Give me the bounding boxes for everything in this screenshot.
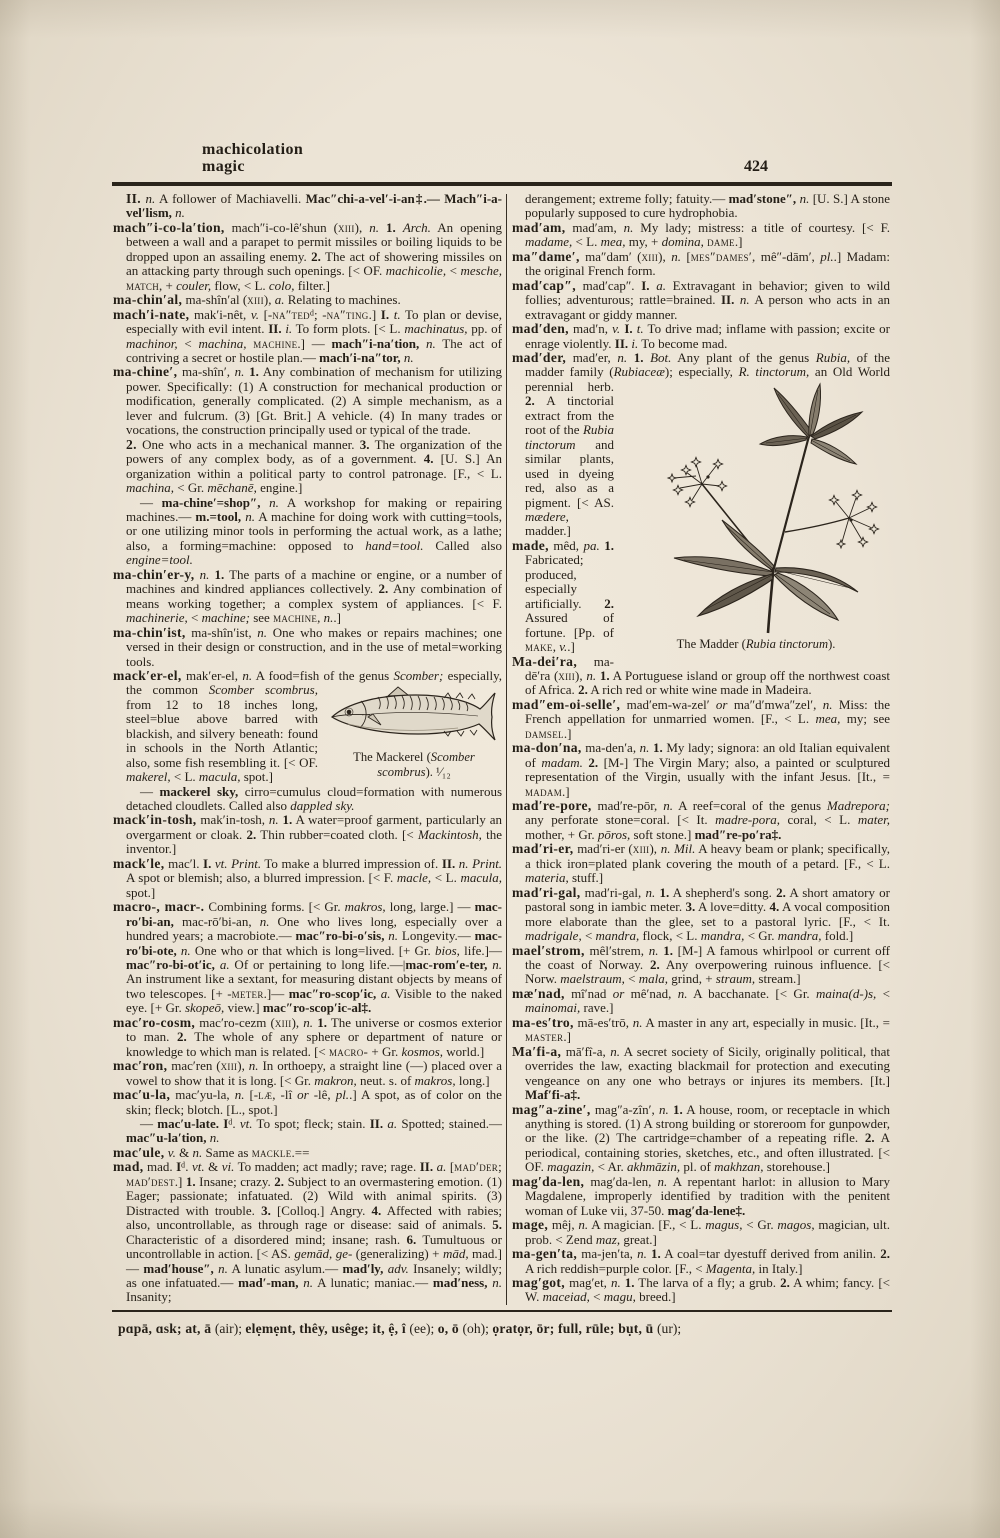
text-segment: Longevity.— xyxy=(398,928,475,943)
entry-maestro: ma-es′tro, mā-es′trō, n. A master in any… xyxy=(512,1016,890,1045)
text-segment: ge- xyxy=(336,1246,353,1261)
madder-illustration xyxy=(622,382,890,634)
text-segment: — xyxy=(140,784,159,799)
entry-machinate: mach′i-nate, mak′i-nêt, v. [-na″tedᵈ; -n… xyxy=(113,308,502,366)
text-segment: mad′cap″. xyxy=(576,278,641,293)
entry-madrier: mad′ri-er, mad′ri-er (xiii), n. Mil. A h… xyxy=(512,842,890,885)
text-segment: Rubia, xyxy=(816,350,850,365)
text-segment: 4. xyxy=(372,1203,382,1218)
text-segment: mag″a-zine′, xyxy=(512,1102,591,1117)
text-segment: spot.] xyxy=(126,885,155,900)
text-segment: n. xyxy=(235,1087,245,1102)
text-segment: n. xyxy=(388,928,398,943)
text-segment: v. xyxy=(168,1145,176,1160)
text-segment: — xyxy=(539,1304,555,1305)
text-segment: A bacchanate. [< Gr. xyxy=(687,986,816,1001)
text-segment: coral, < L. xyxy=(780,812,858,827)
text-segment: n. xyxy=(657,1174,667,1189)
text-columns: II. n. A follower of Machiavelli. Mac″ch… xyxy=(113,192,890,1305)
text-segment: n. xyxy=(218,1261,228,1276)
text-segment: damsel xyxy=(525,726,564,741)
text-segment: mā-es′trō, xyxy=(574,1015,633,1030)
text-segment: Mil. xyxy=(674,841,695,856)
text-segment: n. xyxy=(659,1102,669,1117)
text-segment: n. xyxy=(624,220,634,235)
text-segment: mater, xyxy=(858,812,890,827)
text-segment: machine xyxy=(273,610,317,625)
text-segment: in Italy.] xyxy=(755,1261,802,1276)
text-segment: I. xyxy=(641,278,649,293)
text-segment: n. xyxy=(611,1275,621,1290)
text-segment: (ee); xyxy=(409,1321,437,1336)
text-segment: mad′stone″, xyxy=(729,192,797,206)
text-segment: mac′ro-cezm ( xyxy=(195,1015,275,1030)
text-segment: Print. xyxy=(231,856,261,871)
text-segment: a. xyxy=(275,292,285,307)
text-segment xyxy=(260,495,269,510)
text-segment: .== xyxy=(292,1145,310,1160)
text-segment: Scomber; xyxy=(394,668,444,683)
text-segment: long, large.] — xyxy=(386,899,475,914)
text-segment: .] xyxy=(567,639,575,654)
text-segment: < Gr. xyxy=(174,480,207,495)
text-segment: t. xyxy=(637,321,644,336)
text-segment: ma-chine′, xyxy=(113,364,177,379)
text-segment: A magician. [F., < L. xyxy=(588,1217,705,1232)
text-segment: .] xyxy=(175,1174,186,1189)
text-segment: a. xyxy=(656,278,666,293)
text-segment: makros, xyxy=(345,899,386,914)
text-segment: < L. xyxy=(572,234,600,249)
text-segment: Maf′fi-a‡. xyxy=(525,1087,580,1102)
text-segment: n. xyxy=(492,1275,502,1290)
text-segment: pɑpā, ɑsk; at, ā xyxy=(118,1321,215,1336)
text-segment: stream.] xyxy=(755,971,800,986)
text-segment: mēchanē, xyxy=(207,480,256,495)
text-segment: mak′i-nêt, xyxy=(189,307,251,322)
text-segment: & xyxy=(205,1159,222,1174)
text-segment: mesche, xyxy=(460,263,502,278)
entry-madonna: ma-don′na, ma-den′a, n. 1. My lady; sign… xyxy=(512,741,890,799)
text-segment: 2. xyxy=(246,827,256,842)
text-segment: a. xyxy=(437,1159,447,1174)
text-segment: adv. xyxy=(388,1261,409,1276)
text-segment: 2. xyxy=(126,437,137,452)
text-segment: makhzan, xyxy=(714,1159,763,1174)
text-segment: vt. xyxy=(192,1159,205,1174)
entry-madder: mad′der, mad′er, n. 1. Bot. Any plant of… xyxy=(512,351,890,539)
entry-mage: mage, mêj, n. A magician. [F., < L. magu… xyxy=(512,1218,890,1247)
text-segment: mac″ro-scop′ic-al‡. xyxy=(263,1000,371,1015)
text-segment: see xyxy=(250,610,273,625)
text-segment: Rubia tinctorum xyxy=(746,637,828,651)
text-segment: mad′der, xyxy=(512,350,566,365)
text-segment: < xyxy=(446,263,460,278)
text-segment: or xyxy=(613,986,625,1001)
text-segment: macula, xyxy=(460,870,502,885)
text-segment: mād, xyxy=(443,1246,469,1261)
text-segment: pa. xyxy=(584,538,600,553)
text-segment: A shepherd's song. xyxy=(669,885,776,900)
text-segment: ma″d′mwa″zel′, xyxy=(727,697,822,712)
text-segment: mac″ro-bi-ot′ic, xyxy=(126,957,215,972)
text-segment: To madden; act madly; rave; rage. xyxy=(234,1159,419,1174)
text-segment: mad′am, xyxy=(512,220,565,235)
text-segment: < Gr. xyxy=(744,928,777,943)
text-segment: makerel, xyxy=(126,769,171,784)
text-segment: n. xyxy=(586,668,596,683)
text-segment: macula, xyxy=(199,769,241,784)
text-segment: , -lî xyxy=(272,1087,297,1102)
left-column: II. n. A follower of Machiavelli. Mac″ch… xyxy=(113,192,502,1305)
text-segment: 1. xyxy=(625,1275,635,1290)
text-segment: ), xyxy=(658,249,671,264)
text-segment: [ xyxy=(446,1159,454,1174)
text-segment: 1. xyxy=(386,220,396,235)
text-segment: gemād, xyxy=(294,1246,332,1261)
text-segment: soft stone.] xyxy=(630,827,694,842)
text-segment: 1. xyxy=(214,567,224,582)
text-segment: mandra, xyxy=(596,928,640,943)
text-segment: n. xyxy=(269,812,279,827)
text-segment: machicolie, xyxy=(386,263,446,278)
text-segment: < xyxy=(582,928,596,943)
text-segment: 2. xyxy=(588,755,598,770)
text-segment: ᵈ; - xyxy=(310,307,327,322)
text-segment: Combining forms. [< Gr. xyxy=(204,899,344,914)
text-segment: n. xyxy=(633,1015,643,1030)
text-segment: filter.] xyxy=(295,278,330,293)
text-segment: n. xyxy=(303,1015,313,1030)
text-segment: ma-den′a, xyxy=(582,740,640,755)
text-segment: master xyxy=(525,1029,563,1044)
text-segment: colo, xyxy=(269,278,295,293)
entry-machiavellian-cont: II. n. A follower of Machiavelli. Mac″ch… xyxy=(113,192,502,221)
text-segment: n. xyxy=(210,1130,220,1145)
text-segment: n. xyxy=(303,1275,313,1290)
text-segment: match xyxy=(126,278,159,293)
text-segment: ọratọr, ōr; full, rūle; bụt, ū xyxy=(492,1321,657,1336)
entry-mackerel: mack′er-el, mak′er-el, n. A food=fish of… xyxy=(113,669,502,785)
text-segment: mack′in-tosh, xyxy=(113,812,197,827)
text-segment: machina, xyxy=(198,336,246,351)
text-segment: mad′am, xyxy=(565,220,623,235)
text-segment: n. xyxy=(260,914,270,929)
text-segment: mad. xyxy=(143,1159,176,1174)
entry-macula: mac′u-la, mac′yu-la, n. [-læ, -lî or -lê… xyxy=(113,1088,502,1117)
text-segment: machine; xyxy=(202,610,250,625)
text-segment: pl. xyxy=(820,249,833,264)
text-segment: mad″re-po′ra‡. xyxy=(695,827,782,842)
text-segment: One who acts in a mechanical manner. xyxy=(137,437,360,452)
text-segment: engine=tool. xyxy=(126,552,193,567)
text-segment: xiii xyxy=(247,292,264,307)
text-segment: Mackintosh, xyxy=(418,827,482,842)
text-segment: < L. xyxy=(171,769,199,784)
text-segment: 2. xyxy=(880,1246,890,1261)
text-segment: < Ar. xyxy=(594,1159,627,1174)
text-segment: One who or that which is long=lived. [+ … xyxy=(191,943,435,958)
text-segment: skopeō, xyxy=(185,1000,224,1015)
text-segment: long.] xyxy=(456,1073,490,1088)
text-segment: < L. xyxy=(431,870,460,885)
text-segment: Characteristic of a disordered mind; ins… xyxy=(126,1232,406,1247)
text-segment: mandra, xyxy=(778,928,822,943)
text-segment: læ xyxy=(258,1087,272,1102)
text-segment: mac′ro-cosm, xyxy=(113,1015,195,1030)
text-segment: a. xyxy=(220,957,230,972)
text-segment: .] xyxy=(564,726,572,741)
entry-mad: mad, mad. Iᵈ. vt. & vi. To madden; act m… xyxy=(113,1160,502,1305)
text-segment: R. tinctorum, xyxy=(739,364,810,379)
text-segment: 4. xyxy=(770,899,780,914)
text-segment: mad′n, xyxy=(569,321,612,336)
text-segment: 2. xyxy=(604,596,614,611)
text-segment: mage, xyxy=(512,1217,548,1232)
text-segment: Of or pertaining to long life.—| xyxy=(230,957,406,972)
text-segment: makros, xyxy=(415,1073,456,1088)
entry-macro: macro-, macr-. Combining forms. [< Gr. m… xyxy=(113,900,502,1016)
text-segment: 1. xyxy=(186,1174,196,1189)
text-segment: a. xyxy=(617,1304,627,1305)
text-segment: n. xyxy=(200,567,210,582)
text-segment: hand=tool. xyxy=(365,538,423,553)
text-segment: neut. s. of xyxy=(357,1073,415,1088)
text-segment: n. xyxy=(492,957,502,972)
header-rule xyxy=(112,182,892,186)
text-segment: macro-, macr-. xyxy=(113,899,204,914)
text-segment: Spotted; stained.— xyxy=(397,1116,502,1131)
text-segment: n. xyxy=(245,509,255,524)
text-segment: madrigale, xyxy=(525,928,582,943)
text-segment: v. xyxy=(251,307,259,322)
text-segment: A rich red or white wine made in Madeira… xyxy=(588,682,812,697)
text-segment: ). xyxy=(828,637,835,651)
text-segment: .]— xyxy=(264,986,289,1001)
text-segment: 3. xyxy=(686,899,696,914)
text-segment: A love=ditty. xyxy=(695,899,769,914)
text-segment: mac″ro-bi-o′sis, xyxy=(296,928,385,943)
text-segment: grind, + xyxy=(668,971,716,986)
text-segment: o, ō xyxy=(438,1321,463,1336)
text-segment: ), xyxy=(575,668,586,683)
text-segment: 2. xyxy=(177,1029,187,1044)
text-segment: A master in any art, especially in music… xyxy=(642,1015,890,1030)
text-segment xyxy=(379,220,386,235)
sub-mackerel-sky: — mackerel sky, cirro=cumulus cloud=form… xyxy=(113,785,502,814)
text-segment: n. xyxy=(426,336,436,351)
text-segment: 1. xyxy=(651,1246,661,1261)
text-segment: macro- xyxy=(329,1044,368,1059)
text-segment: Print. xyxy=(472,856,502,871)
text-segment: machina, xyxy=(126,480,174,495)
entry-machicolation: mach″i-co-la′tion, mach″i-co-lê′shun (xi… xyxy=(113,221,502,293)
text-segment: < xyxy=(590,1289,604,1304)
text-segment: mac″u-la′tion, xyxy=(126,1130,207,1145)
text-segment: mêl′strem, xyxy=(585,943,649,958)
text-segment: II. xyxy=(268,321,281,336)
dictionary-page: machicolation magic 424 II. n. A followe… xyxy=(0,0,1000,1538)
text-segment: 2. xyxy=(776,885,786,900)
text-segment: mad′-man, xyxy=(238,1275,298,1290)
text-segment: m.=tool, xyxy=(195,509,241,524)
text-segment: .] xyxy=(369,307,381,322)
text-segment: a. xyxy=(381,986,391,1001)
entry-machinal: ma-chin′al, ma-shîn′al (xiii), a. Relati… xyxy=(113,293,502,307)
text-segment: my; see xyxy=(840,711,890,726)
text-segment: mac′u-late. xyxy=(157,1116,219,1131)
entry-madden: mad′den, mad′n, v. I. t. To drive mad; i… xyxy=(512,322,890,351)
text-segment: mā′fî-a, xyxy=(561,1044,610,1059)
text-segment: mê′nad, xyxy=(624,986,677,1001)
text-segment: .] xyxy=(563,1029,571,1044)
text-segment: mad″em-oi-selle′, xyxy=(512,697,620,712)
entry-machinist: ma-chin′ist, ma-shîn′ist, n. One who mak… xyxy=(113,626,502,669)
text-segment: xiii xyxy=(221,1058,238,1073)
text-segment xyxy=(396,220,403,235)
entry-madame: ma″dame′, ma″dam′ (xiii), n. [mes″dames′… xyxy=(512,250,890,279)
text-segment: n. xyxy=(249,1058,259,1073)
text-segment: 2. xyxy=(274,1174,284,1189)
text-segment: mag′da-lene‡. xyxy=(668,1203,746,1218)
text-segment: ). ¹⁄₁₂ xyxy=(426,765,451,779)
text-segment: II. xyxy=(615,336,628,351)
text-segment: n. xyxy=(578,1217,588,1232)
entry-mackintosh: mack′in-tosh, mak′in-tosh, n. 1. A water… xyxy=(113,813,502,856)
text-segment: , mê″-dām′, xyxy=(752,249,820,264)
text-segment: xiii xyxy=(275,1015,292,1030)
text-segment: < Gr. xyxy=(742,1217,777,1232)
entry-maelstrom: mael′strom, mêl′strem, n. 1. [M-] A famo… xyxy=(512,944,890,987)
text-segment: flock, < L. xyxy=(639,928,700,943)
text-segment: II. xyxy=(721,292,734,307)
text-segment: engine.] xyxy=(257,480,302,495)
entry-mackle: mack′le, mac′l. I. vt. Print. To make a … xyxy=(113,857,502,900)
text-segment: mac-rom′e-ter, xyxy=(405,957,487,972)
text-segment: mack′er-el, xyxy=(113,668,182,683)
text-segment: My lady; mistress: a title of courtesy. … xyxy=(633,220,890,235)
text-segment: n. xyxy=(404,350,414,365)
text-segment: mad′er, xyxy=(566,350,617,365)
text-segment: Insanity; xyxy=(126,1289,172,1304)
text-segment: A coal=tar dyestuff derived from anilin. xyxy=(661,1246,881,1261)
sub-maculate: — mac′u-late. Iᵈ. vt. To spot; fleck; st… xyxy=(113,1117,502,1146)
entry-magenta: ma-gen′ta, ma-jen′ta, n. 1. A coal=tar d… xyxy=(512,1247,890,1276)
text-segment: mac′ule, xyxy=(113,1145,165,1160)
text-segment: mag′et, xyxy=(565,1275,611,1290)
text-segment: mad′cap″, xyxy=(512,278,576,293)
text-segment: xiii xyxy=(558,668,575,683)
text-segment: mad′re-pōr, xyxy=(592,798,664,813)
text-segment: -lê, xyxy=(309,1087,336,1102)
text-segment: mach″i-co-lê′shun ( xyxy=(225,220,338,235)
text-segment: magu, xyxy=(604,1289,636,1304)
text-segment: 1. xyxy=(283,812,293,827)
text-segment: ma-chin′al, xyxy=(113,292,182,307)
text-segment: n. xyxy=(671,249,681,264)
text-segment: (ur); xyxy=(657,1321,681,1336)
column-divider xyxy=(506,194,507,1305)
text-segment: [- xyxy=(259,307,272,322)
text-segment: ma-chin′ist, xyxy=(113,625,186,640)
text-segment: rave.] xyxy=(580,1000,613,1015)
text-segment: mag′got, xyxy=(512,1275,565,1290)
text-segment: pl. xyxy=(336,1087,349,1102)
text-segment: mac″ro-scop′ic, xyxy=(289,986,377,1001)
entry-machine: ma-chine′, ma-shîn′, n. 1. Any combinati… xyxy=(113,365,502,437)
text-segment: 2. xyxy=(865,1130,875,1145)
text-segment: makron, xyxy=(314,1073,357,1088)
entry-madeira: Ma-dei′ra, ma-dē′ra (xiii), n. 1. A Port… xyxy=(512,655,890,698)
text-segment: mackerel sky, xyxy=(159,784,238,799)
text-segment: vt. xyxy=(240,1116,253,1131)
text-segment: n. xyxy=(459,856,469,871)
text-segment: mala, xyxy=(639,971,668,986)
text-segment: my, + xyxy=(626,234,662,249)
text-segment: mac′ron, xyxy=(113,1058,167,1073)
text-segment: mack′le, xyxy=(113,856,165,871)
text-segment: Infested with maggots; flyblown. xyxy=(626,1304,802,1305)
text-segment: mach″i-na′tion, xyxy=(331,336,419,351)
entry-madrigal: mad′ri-gal, mad′ri-gal, n. 1. A shepherd… xyxy=(512,886,890,944)
text-segment: n. xyxy=(637,1246,647,1261)
text-segment: I. xyxy=(381,307,389,322)
text-segment: a. xyxy=(387,1116,397,1131)
text-segment: [Colloq.] Angry. xyxy=(271,1203,372,1218)
text-segment: mêj, xyxy=(548,1217,578,1232)
text-segment: ), xyxy=(355,220,370,235)
text-segment: maelstraum, xyxy=(560,971,625,986)
text-segment: mak′er-el, xyxy=(182,668,243,683)
text-segment: ma-don′na, xyxy=(512,740,582,755)
entry-maenad: mæ′nad, mî′nad or mê′nad, n. A bacchanat… xyxy=(512,987,890,1016)
text-segment: couler, xyxy=(176,278,211,293)
text-segment: 1. xyxy=(663,943,673,958)
text-segment: t. xyxy=(394,307,401,322)
text-segment: pp. of xyxy=(468,321,502,336)
text-segment: To make a blurred impression of. xyxy=(261,856,442,871)
text-segment: 2. xyxy=(525,393,535,408)
mackerel-figure: The Mackerel (Scomber scombrus). ¹⁄₁₂ xyxy=(326,685,502,780)
entry-madcap: mad′cap″, mad′cap″. I. a. Extravagant in… xyxy=(512,279,890,322)
text-segment: 1. xyxy=(600,668,610,683)
text-segment: storehouse.] xyxy=(764,1159,830,1174)
text-segment: madam. xyxy=(541,755,583,770)
text-segment: machinor, xyxy=(126,336,178,351)
text-segment: life.]— xyxy=(460,943,502,958)
text-segment: , + xyxy=(159,278,176,293)
text-segment: straum, xyxy=(716,971,755,986)
text-segment: meter xyxy=(232,986,264,1001)
text-segment: 2. xyxy=(311,249,321,264)
text-segment: Relating to machines. xyxy=(284,292,400,307)
text-segment: mad, xyxy=(113,1159,143,1174)
text-segment: — xyxy=(140,1116,157,1131)
entry-macule: mac′ule, v. & n. Same as mackle.== xyxy=(113,1146,502,1160)
text-segment: n. xyxy=(235,364,245,379)
text-segment: 2. xyxy=(650,957,660,972)
text-segment: ma″dam′ ( xyxy=(580,249,642,264)
text-segment: madame, xyxy=(525,234,572,249)
text-segment: + Gr. xyxy=(368,1044,401,1059)
running-head: machicolation magic xyxy=(202,141,303,175)
text-segment: (generalizing) + xyxy=(352,1246,443,1261)
text-segment: To become mad. xyxy=(638,336,727,351)
text-segment: The larva of a fly; a grub. xyxy=(634,1275,780,1290)
text-segment: mad′den, xyxy=(512,321,569,336)
text-segment: n. xyxy=(181,943,191,958)
text-segment: ma-es′tro, xyxy=(512,1015,574,1030)
